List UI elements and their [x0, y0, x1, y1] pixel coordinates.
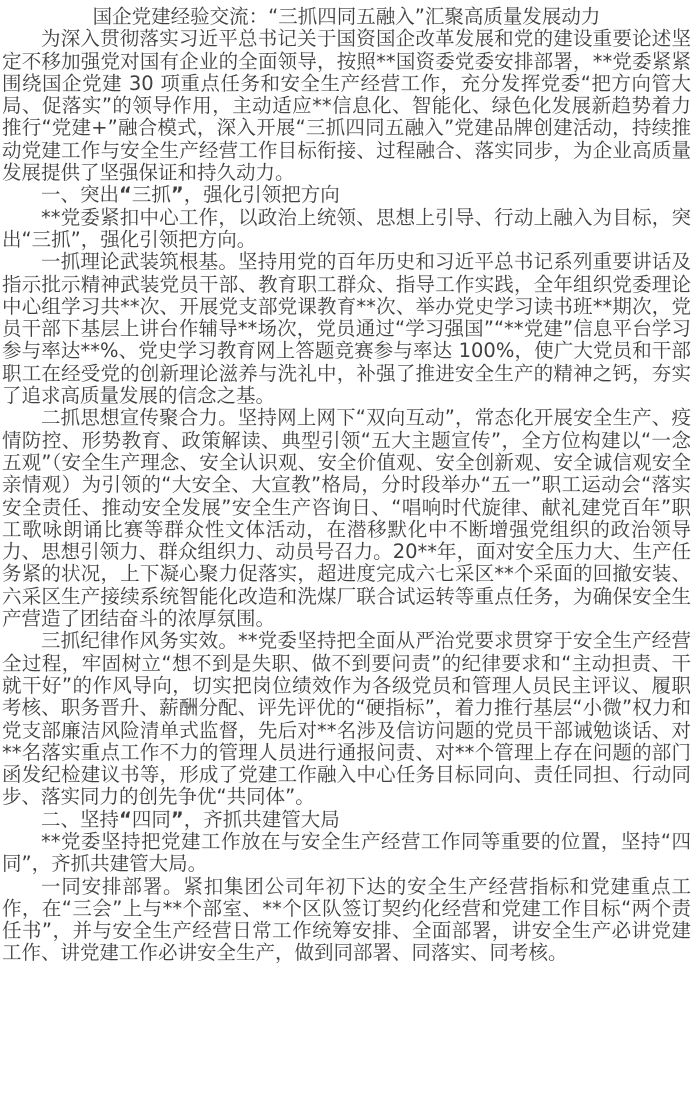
heading-1-term: 三抓	[132, 183, 171, 206]
paragraph-yizhua-theory: 一抓理论武装筑根基。坚持用党的百年历史和习近平总书记系列重要讲话及指示批示精神武…	[2, 251, 691, 407]
heading-1-quote-close: ”	[171, 183, 184, 206]
document-title: 国企党建经验交流：“三抓四同五融入”汇聚高质量发展动力	[2, 6, 691, 28]
heading-2-term: 四同	[132, 808, 171, 831]
paragraph-yitong-deploy: 一同安排部署。紧扣集团公司年初下达的安全生产经营指标和党建重点工作，在“三会”上…	[2, 876, 691, 965]
paragraph-section1-lead: **党委紧扣中心工作，以政治上统领、思想上引导、行动上融入为目标，突出“三抓”，…	[2, 207, 691, 252]
heading-2-quote-open: “	[119, 808, 132, 831]
heading-2-suffix: ，齐抓共建管大局	[184, 808, 340, 831]
heading-2-prefix: 二、坚持	[41, 808, 119, 831]
document-page: 国企党建经验交流：“三抓四同五融入”汇聚高质量发展动力 为深入贯彻落实习近平总书…	[0, 0, 693, 1097]
section-heading-1: 一、突出“三抓”，强化引领把方向	[2, 184, 691, 206]
section-heading-2: 二、坚持“四同”，齐抓共建管大局	[2, 809, 691, 831]
heading-1-suffix: ，强化引领把方向	[184, 183, 340, 206]
paragraph-section2-lead: **党委坚持把党建工作放在与安全生产经营工作同等重要的位置，坚持“四同”，齐抓共…	[2, 831, 691, 876]
paragraph-sanzhua-discipline: 三抓纪律作风务实效。**党委坚持把全面从严治党要求贯穿于安全生产经营全过程，牢固…	[2, 630, 691, 808]
heading-1-quote-open: “	[119, 183, 132, 206]
heading-1-prefix: 一、突出	[41, 183, 119, 206]
paragraph-erzhua-propaganda: 二抓思想宣传聚合力。坚持网上网下“双向互动”，常态化开展安全生产、疫情防控、形势…	[2, 407, 691, 630]
paragraph-intro: 为深入贯彻落实习近平总书记关于国资国企改革发展和党的建设重要论述坚定不移加强党对…	[2, 28, 691, 184]
heading-2-quote-close: ”	[171, 808, 184, 831]
